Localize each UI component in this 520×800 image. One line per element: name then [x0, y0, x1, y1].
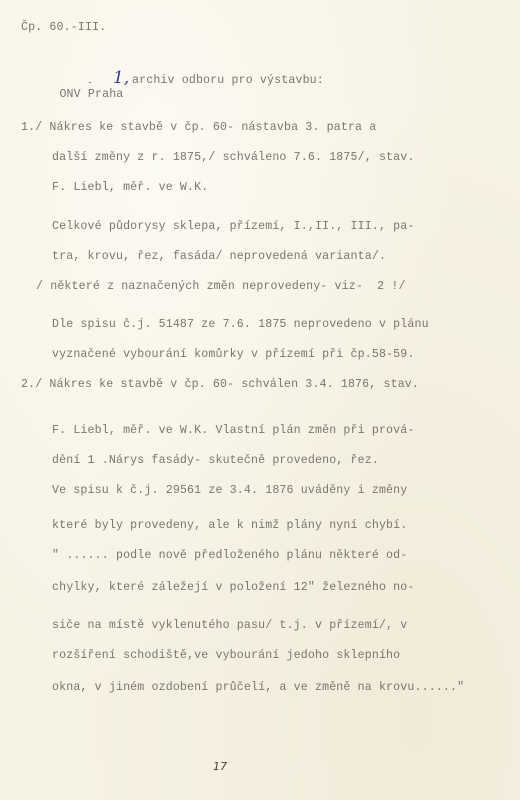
body-line-15: chylky, které záležejí v položení 12" že…: [52, 581, 414, 595]
body-line-7: Dle spisu č.j. 51487 ze 7.6. 1875 neprov…: [52, 318, 429, 332]
body-line-5: tra, krovu, řez, fasáda/ neprovedená var…: [52, 250, 386, 264]
body-line-9: 2./ Nákres ke stavbě v čp. 60- schválen …: [21, 378, 419, 392]
body-line-4: Celkové půdorysy sklepa, přízemí, I.,II.…: [52, 220, 414, 234]
handwritten-caret-mark: ˘: [87, 82, 92, 92]
body-line-14: " ...... podle nově předloženého plánu n…: [52, 549, 407, 563]
document-header: Čp. 60.-III.: [21, 21, 106, 35]
handwritten-number: 1,: [113, 68, 129, 88]
page-number: 17: [213, 760, 227, 773]
source-line: ONV Praha: [31, 74, 123, 116]
body-line-16: siče na místě vyklenutého pasu/ t.j. v p…: [52, 619, 407, 633]
body-line-8: vyznačené vybourání komůrky v přízemí př…: [52, 348, 414, 362]
body-line-11: dění 1 .Nárys fasády- skutečně provedeno…: [52, 454, 379, 468]
body-line-12: Ve spisu k č.j. 29561 ze 3.4. 1876 uvádě…: [52, 484, 407, 498]
body-line-2: další změny z r. 1875,/ schváleno 7.6. 1…: [52, 151, 414, 165]
body-line-17: rozšíření schodiště,ve vybourání jedoho …: [52, 649, 400, 663]
body-line-13: které byly provedeny, ale k nimž plány n…: [52, 519, 407, 533]
body-line-3: F. Liebl, měř. ve W.K.: [52, 181, 208, 195]
body-line-6: / některé z naznačených změn neprovedeny…: [36, 280, 406, 294]
body-line-1: 1./ Nákres ke stavbě v čp. 60- nástavba …: [21, 121, 376, 135]
document-page: Čp. 60.-III. ONV Praha 1, ˘ archiv odbor…: [0, 0, 520, 800]
body-line-10: F. Liebl, měř. ve W.K. Vlastní plán změn…: [52, 424, 414, 438]
body-line-18: okna, v jiném ozdobení průčelí, a ve změ…: [52, 681, 464, 695]
source-line-after: archiv odboru pro výstavbu:: [132, 74, 324, 88]
